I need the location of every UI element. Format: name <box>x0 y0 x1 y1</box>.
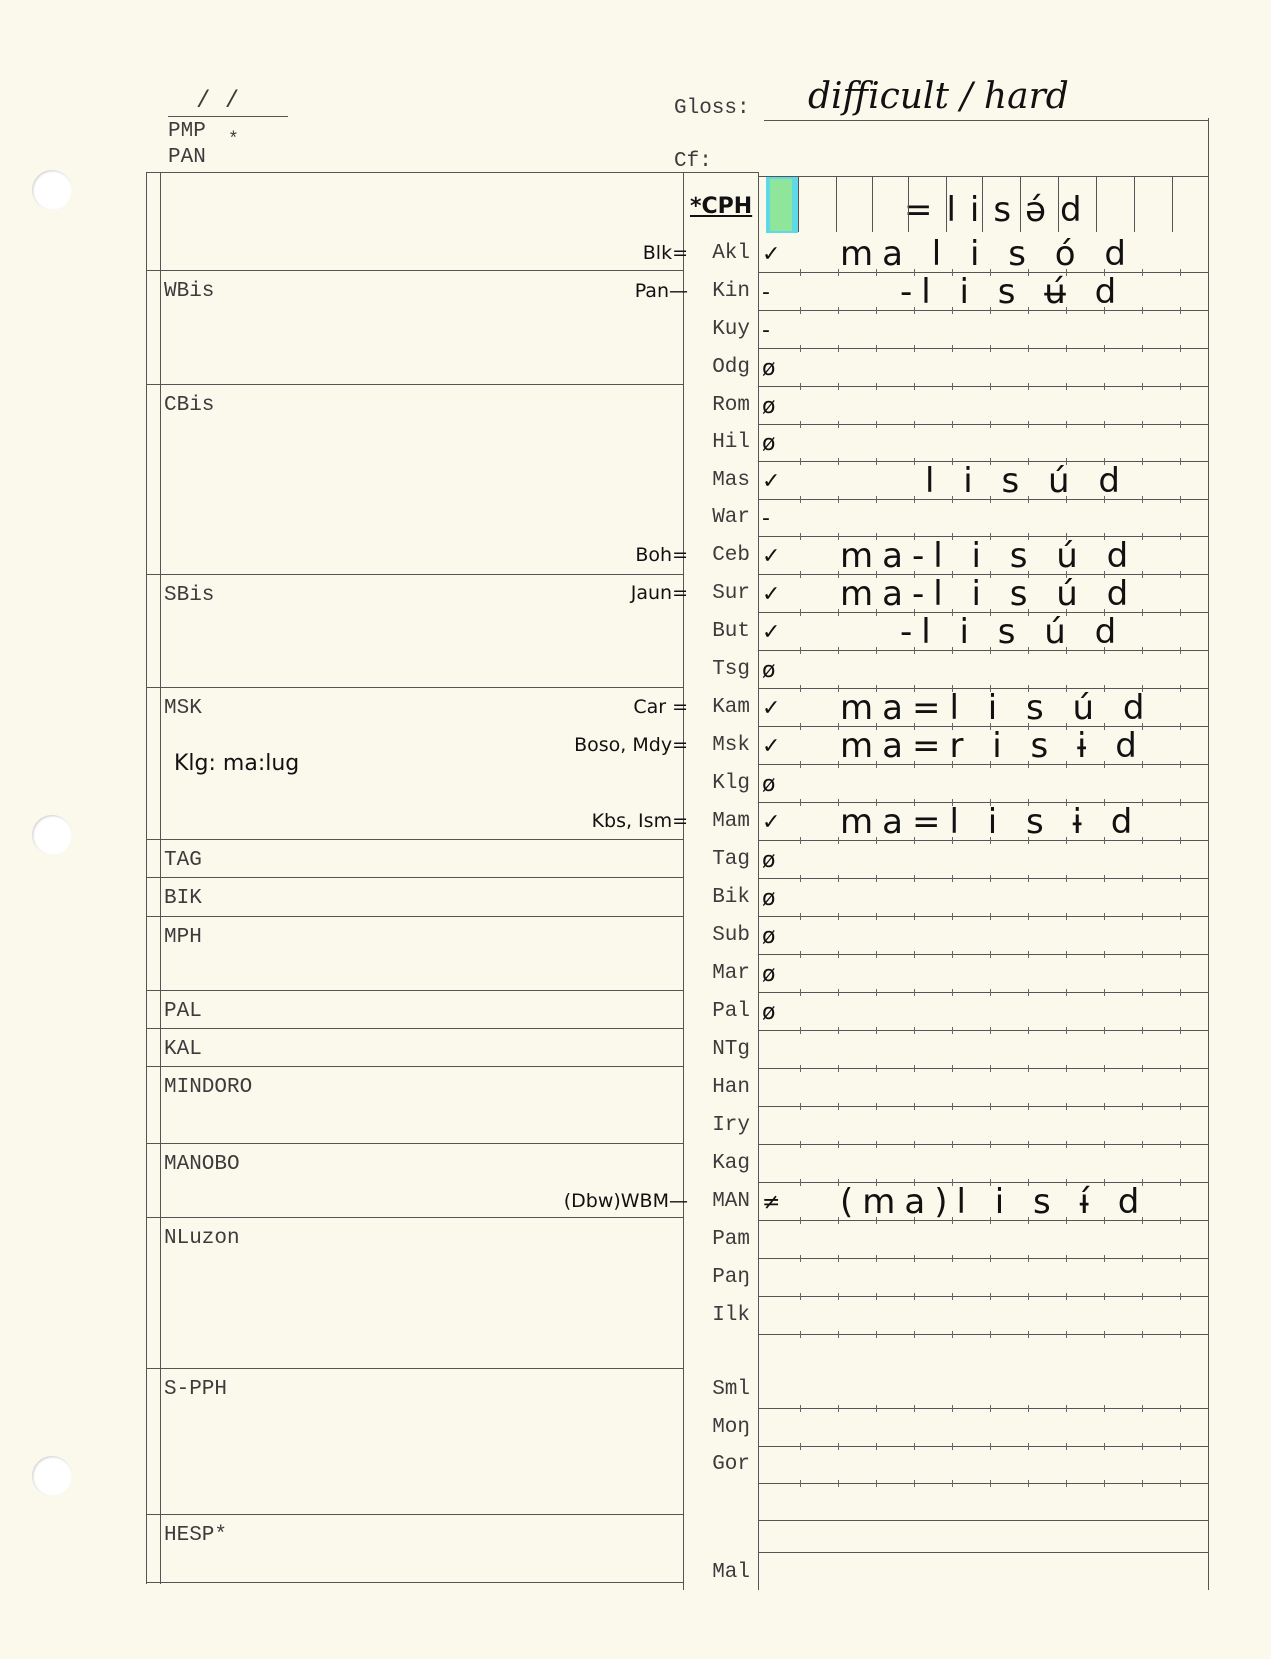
rule-tick <box>1066 1065 1067 1072</box>
rule-tick <box>800 609 801 616</box>
language-code: Tag <box>690 848 750 871</box>
group-label: SBis <box>164 584 214 607</box>
rule-tick <box>914 837 915 844</box>
rule-tick <box>838 1217 839 1224</box>
row-rule <box>758 840 1208 841</box>
rule-tick <box>876 913 877 920</box>
rule-tick <box>1066 761 1067 768</box>
row-rule <box>758 1106 1208 1107</box>
rule-tick <box>990 1141 991 1148</box>
status-mark: ø <box>762 356 775 381</box>
rule-tick <box>876 1217 877 1224</box>
rule-tick <box>990 1255 991 1262</box>
rule-tick <box>876 837 877 844</box>
rule-tick <box>838 837 839 844</box>
gloss-value: difficult / hard <box>808 76 1069 117</box>
rule-tick <box>800 647 801 654</box>
rule-tick <box>1180 1027 1181 1034</box>
rule-tick <box>1180 1480 1181 1487</box>
language-code: Sml <box>690 1378 750 1401</box>
language-code: Msk <box>690 734 750 757</box>
rule-tick <box>1180 761 1181 768</box>
status-mark: ✓ <box>762 696 780 721</box>
rule-tick <box>1142 1443 1143 1450</box>
row-rule <box>758 954 1208 955</box>
rule-tick <box>1180 383 1181 390</box>
rule-tick <box>914 1065 915 1072</box>
rule-tick <box>1104 421 1105 428</box>
rule-tick <box>1066 1141 1067 1148</box>
row-rule <box>758 1220 1208 1221</box>
rule-tick <box>838 1179 839 1186</box>
rule-tick <box>838 913 839 920</box>
group-divider <box>146 1066 683 1067</box>
rule-tick <box>876 458 877 465</box>
rule-tick <box>1066 647 1067 654</box>
rule-tick <box>914 761 915 768</box>
rule-tick <box>800 1443 801 1450</box>
rule-tick <box>876 1027 877 1034</box>
rule-tick <box>952 421 953 428</box>
row-rule <box>758 1030 1208 1031</box>
group-label: BIK <box>164 887 202 910</box>
rule-tick <box>876 1480 877 1487</box>
rule-tick <box>838 533 839 540</box>
language-code: Moŋ <box>690 1416 750 1439</box>
group-label: PAL <box>164 1000 202 1023</box>
rule-tick <box>1028 875 1029 882</box>
rule-tick <box>1180 421 1181 428</box>
rule-tick <box>1180 533 1181 540</box>
cph-cell-divider <box>872 176 873 232</box>
group-divider <box>146 990 683 991</box>
rule-tick <box>1028 1065 1029 1072</box>
row-rule <box>758 1552 1208 1553</box>
rule-tick <box>952 875 953 882</box>
rule-tick <box>1142 913 1143 920</box>
rule-tick <box>876 1293 877 1300</box>
group-divider <box>146 384 683 385</box>
group-note: Klg: ma:lug <box>174 751 299 776</box>
group-divider <box>146 1514 683 1515</box>
rule-tick <box>1180 723 1181 730</box>
rule-tick <box>876 383 877 390</box>
rule-tick <box>838 723 839 730</box>
rule-tick <box>1028 1293 1029 1300</box>
cross-reference-note: Pan— <box>635 280 688 302</box>
rule-tick <box>1180 799 1181 806</box>
rule-tick <box>1142 761 1143 768</box>
language-code: Klg <box>690 772 750 795</box>
row-rule <box>758 1334 1208 1335</box>
rule-tick <box>1180 1331 1181 1338</box>
cross-reference-note: Jaun= <box>631 582 688 604</box>
rule-tick <box>1028 1443 1029 1450</box>
rule-tick <box>952 761 953 768</box>
rule-tick <box>1142 1255 1143 1262</box>
group-label: NLuzon <box>164 1227 240 1250</box>
rule-tick <box>838 1405 839 1412</box>
form-column-left-border <box>758 172 759 1590</box>
rule-tick <box>1104 1065 1105 1072</box>
rule-tick <box>1142 307 1143 314</box>
group-label: TAG <box>164 849 202 872</box>
row-rule <box>758 1520 1208 1521</box>
rule-tick <box>1066 1293 1067 1300</box>
rule-tick <box>1104 951 1105 958</box>
rule-tick <box>1104 1103 1105 1110</box>
date-slashes: / / <box>196 88 239 115</box>
rule-tick <box>876 1065 877 1072</box>
cph-cell-divider <box>946 176 947 232</box>
rule-tick <box>800 1217 801 1224</box>
row-rule <box>758 1258 1208 1259</box>
rule-tick <box>952 383 953 390</box>
rule-tick <box>876 609 877 616</box>
rule-tick <box>1142 951 1143 958</box>
rule-tick <box>1028 307 1029 314</box>
rule-tick <box>952 1405 953 1412</box>
cross-reference-note: Blk= <box>643 242 688 264</box>
status-mark: ✓ <box>762 469 780 494</box>
rule-tick <box>1028 1027 1029 1034</box>
language-code: But <box>690 620 750 643</box>
group-divider <box>146 270 683 271</box>
rule-tick <box>838 1443 839 1450</box>
rule-tick <box>1028 1331 1029 1338</box>
rule-tick <box>1066 345 1067 352</box>
rule-tick <box>1028 647 1029 654</box>
rule-tick <box>800 458 801 465</box>
rule-tick <box>1180 875 1181 882</box>
rule-tick <box>876 1443 877 1450</box>
group-divider <box>146 1143 683 1144</box>
rule-tick <box>800 913 801 920</box>
rule-tick <box>990 1443 991 1450</box>
rule-tick <box>876 307 877 314</box>
group-divider <box>146 916 683 917</box>
reflex-form: ma-l i s ú d <box>840 536 1137 576</box>
cph-cell-divider <box>798 176 799 232</box>
rule-tick <box>914 1103 915 1110</box>
rule-tick <box>1180 647 1181 654</box>
rule-tick <box>914 913 915 920</box>
reconstruction-form: =lisə́d <box>904 190 1096 230</box>
rule-tick <box>876 647 877 654</box>
rule-tick <box>800 533 801 540</box>
reflex-form: ma=r i s ɨ d <box>840 726 1146 766</box>
rule-tick <box>838 383 839 390</box>
rule-tick <box>1028 496 1029 503</box>
rule-tick <box>990 1217 991 1224</box>
group-divider <box>146 574 683 575</box>
rule-tick <box>1180 1405 1181 1412</box>
rule-tick <box>1180 458 1181 465</box>
rule-tick <box>1142 1065 1143 1072</box>
rule-tick <box>838 1141 839 1148</box>
rule-tick <box>838 951 839 958</box>
rule-tick <box>1180 989 1181 996</box>
group-label: MINDORO <box>164 1076 252 1099</box>
rule-tick <box>1104 345 1105 352</box>
rule-tick <box>1180 837 1181 844</box>
rule-tick <box>1066 1480 1067 1487</box>
bottom-border <box>146 1582 683 1583</box>
cross-reference-note: Kbs, Ism= <box>592 810 688 832</box>
rule-tick <box>952 496 953 503</box>
row-rule <box>758 348 1208 349</box>
reflex-form: ma-l i s ú d <box>840 574 1137 614</box>
binder-hole <box>32 170 72 210</box>
group-divider <box>146 839 683 840</box>
cross-reference-note: Boh= <box>635 544 688 566</box>
rule-tick <box>1028 1217 1029 1224</box>
rule-tick <box>914 1217 915 1224</box>
rule-tick <box>838 1255 839 1262</box>
rule-tick <box>1028 1103 1029 1110</box>
rule-tick <box>800 761 801 768</box>
status-mark: ✓ <box>762 734 780 759</box>
rule-tick <box>800 496 801 503</box>
language-code: Paŋ <box>690 1266 750 1289</box>
language-code: Kuy <box>690 318 750 341</box>
status-mark: ø <box>762 1000 775 1025</box>
rule-tick <box>1028 1255 1029 1262</box>
rule-tick <box>914 1255 915 1262</box>
language-code: Mal <box>690 1561 750 1584</box>
rule-tick <box>914 1480 915 1487</box>
rule-tick <box>990 1331 991 1338</box>
rule-tick <box>914 1331 915 1338</box>
rule-tick <box>1142 458 1143 465</box>
rule-tick <box>800 1331 801 1338</box>
reflex-form: ma l i s ó d <box>840 234 1135 274</box>
rule-tick <box>838 799 839 806</box>
cph-cell-divider <box>836 176 837 232</box>
rule-tick <box>838 345 839 352</box>
group-divider <box>146 1028 683 1029</box>
rule-tick <box>1104 1443 1105 1450</box>
language-code: Kam <box>690 696 750 719</box>
rule-tick <box>952 1027 953 1034</box>
binder-hole <box>32 1456 72 1496</box>
cf-label: Cf: <box>674 150 712 173</box>
rule-tick <box>838 1331 839 1338</box>
rule-tick <box>876 1141 877 1148</box>
rule-tick <box>1104 989 1105 996</box>
rule-tick <box>1142 799 1143 806</box>
rule-tick <box>1180 1255 1181 1262</box>
rule-tick <box>800 989 801 996</box>
rule-tick <box>1142 989 1143 996</box>
reflex-form: ma=l i s ú d <box>840 688 1153 728</box>
row-rule <box>758 650 1208 651</box>
rule-tick <box>1180 1065 1181 1072</box>
group-label: KAL <box>164 1038 202 1061</box>
rule-tick <box>1142 533 1143 540</box>
rule-tick <box>800 1103 801 1110</box>
status-mark: ø <box>762 394 775 419</box>
cph-cell-divider <box>1172 176 1173 232</box>
rule-tick <box>876 1405 877 1412</box>
rule-tick <box>1104 913 1105 920</box>
language-code: Kag <box>690 1152 750 1175</box>
rule-tick <box>876 1255 877 1262</box>
rule-tick <box>800 383 801 390</box>
pmp-star: * <box>228 130 239 150</box>
language-code: Mar <box>690 962 750 985</box>
rule-tick <box>952 1293 953 1300</box>
rule-tick <box>1142 269 1143 276</box>
rule-tick <box>952 837 953 844</box>
rule-tick <box>1180 685 1181 692</box>
rule-tick <box>1104 383 1105 390</box>
group-label: HESP* <box>164 1524 227 1547</box>
rule-tick <box>838 609 839 616</box>
rule-tick <box>990 647 991 654</box>
rule-tick <box>952 913 953 920</box>
rule-tick <box>838 989 839 996</box>
rule-tick <box>1066 913 1067 920</box>
cph-cell-divider <box>1058 176 1059 232</box>
row-rule <box>758 424 1208 425</box>
row-rule <box>758 878 1208 879</box>
rule-tick <box>1066 1027 1067 1034</box>
language-code: Rom <box>690 394 750 417</box>
rule-tick <box>1142 837 1143 844</box>
rule-tick <box>914 421 915 428</box>
rule-tick <box>800 951 801 958</box>
rule-tick <box>1104 1405 1105 1412</box>
rule-tick <box>1142 1480 1143 1487</box>
rule-tick <box>1142 1405 1143 1412</box>
rule-tick <box>1104 496 1105 503</box>
rule-tick <box>876 1331 877 1338</box>
rule-tick <box>1104 761 1105 768</box>
rule-tick <box>914 383 915 390</box>
rule-tick <box>1028 1480 1029 1487</box>
rule-tick <box>800 799 801 806</box>
rule-tick <box>914 496 915 503</box>
rule-tick <box>876 269 877 276</box>
rule-tick <box>1066 837 1067 844</box>
group-divider <box>146 1217 683 1218</box>
rule-tick <box>800 345 801 352</box>
rule-tick <box>800 1255 801 1262</box>
rule-tick <box>1028 383 1029 390</box>
reflex-form: ma=l i s ɨ d <box>840 802 1141 842</box>
status-mark: ✓ <box>762 582 780 607</box>
rule-tick <box>1142 496 1143 503</box>
rule-tick <box>838 571 839 578</box>
rule-tick <box>1066 875 1067 882</box>
row-rule <box>758 1483 1208 1484</box>
rule-tick <box>1180 1141 1181 1148</box>
rule-tick <box>1142 383 1143 390</box>
rule-tick <box>1142 421 1143 428</box>
rule-tick <box>876 496 877 503</box>
cph-cell-divider <box>1096 176 1097 232</box>
rule-tick <box>952 1065 953 1072</box>
rule-tick <box>990 1405 991 1412</box>
rule-tick <box>1180 307 1181 314</box>
rule-tick <box>914 647 915 654</box>
rule-tick <box>1142 1141 1143 1148</box>
rule-tick <box>1142 875 1143 882</box>
rule-tick <box>1066 383 1067 390</box>
row-rule <box>758 499 1208 500</box>
rule-tick <box>952 1217 953 1224</box>
status-mark: ø <box>762 848 775 873</box>
rule-tick <box>1142 1293 1143 1300</box>
rule-tick <box>800 269 801 276</box>
status-mark: ø <box>762 658 775 683</box>
rule-tick <box>914 989 915 996</box>
rule-tick <box>1142 647 1143 654</box>
rule-tick <box>1104 1217 1105 1224</box>
status-mark: ø <box>762 772 775 797</box>
language-code: Ilk <box>690 1304 750 1327</box>
status-mark: ✓ <box>762 544 780 569</box>
language-code: Pam <box>690 1228 750 1251</box>
rule-tick <box>1180 1103 1181 1110</box>
rule-tick <box>990 913 991 920</box>
rule-tick <box>952 345 953 352</box>
rule-tick <box>1180 345 1181 352</box>
rule-tick <box>838 269 839 276</box>
binder-hole <box>32 815 72 855</box>
status-mark: - <box>762 506 770 531</box>
rule-tick <box>1104 1480 1105 1487</box>
reflex-form: -l i s ú d <box>900 612 1125 652</box>
rule-tick <box>800 875 801 882</box>
reflex-form: (ma)l i s ɨ́ d <box>840 1182 1148 1222</box>
rule-tick <box>990 837 991 844</box>
group-divider <box>146 877 683 878</box>
language-code: Gor <box>690 1453 750 1476</box>
rule-tick <box>914 1443 915 1450</box>
rule-tick <box>1104 307 1105 314</box>
cph-cell-divider <box>1020 176 1021 232</box>
rule-tick <box>838 421 839 428</box>
rule-tick <box>1180 571 1181 578</box>
reconstruction-label: *CPH <box>690 194 752 219</box>
rule-tick <box>1028 345 1029 352</box>
rule-tick <box>1066 1443 1067 1450</box>
rule-tick <box>1028 761 1029 768</box>
rule-tick <box>1066 307 1067 314</box>
rule-tick <box>1066 1217 1067 1224</box>
rule-tick <box>1028 1405 1029 1412</box>
status-mark: ✓ <box>762 242 780 267</box>
rule-tick <box>952 1255 953 1262</box>
rule-tick <box>914 1141 915 1148</box>
rule-tick <box>800 421 801 428</box>
rule-tick <box>952 1480 953 1487</box>
rule-tick <box>1180 496 1181 503</box>
rule-tick <box>990 383 991 390</box>
rule-tick <box>838 1065 839 1072</box>
rule-tick <box>800 1065 801 1072</box>
rule-tick <box>1104 875 1105 882</box>
rule-tick <box>1066 951 1067 958</box>
rule-tick <box>1066 989 1067 996</box>
rule-tick <box>1104 1255 1105 1262</box>
row-rule <box>758 1068 1208 1069</box>
group-label: CBis <box>164 394 214 417</box>
rule-tick <box>876 951 877 958</box>
cross-reference-note: (Dbw)WBM— <box>564 1190 688 1212</box>
